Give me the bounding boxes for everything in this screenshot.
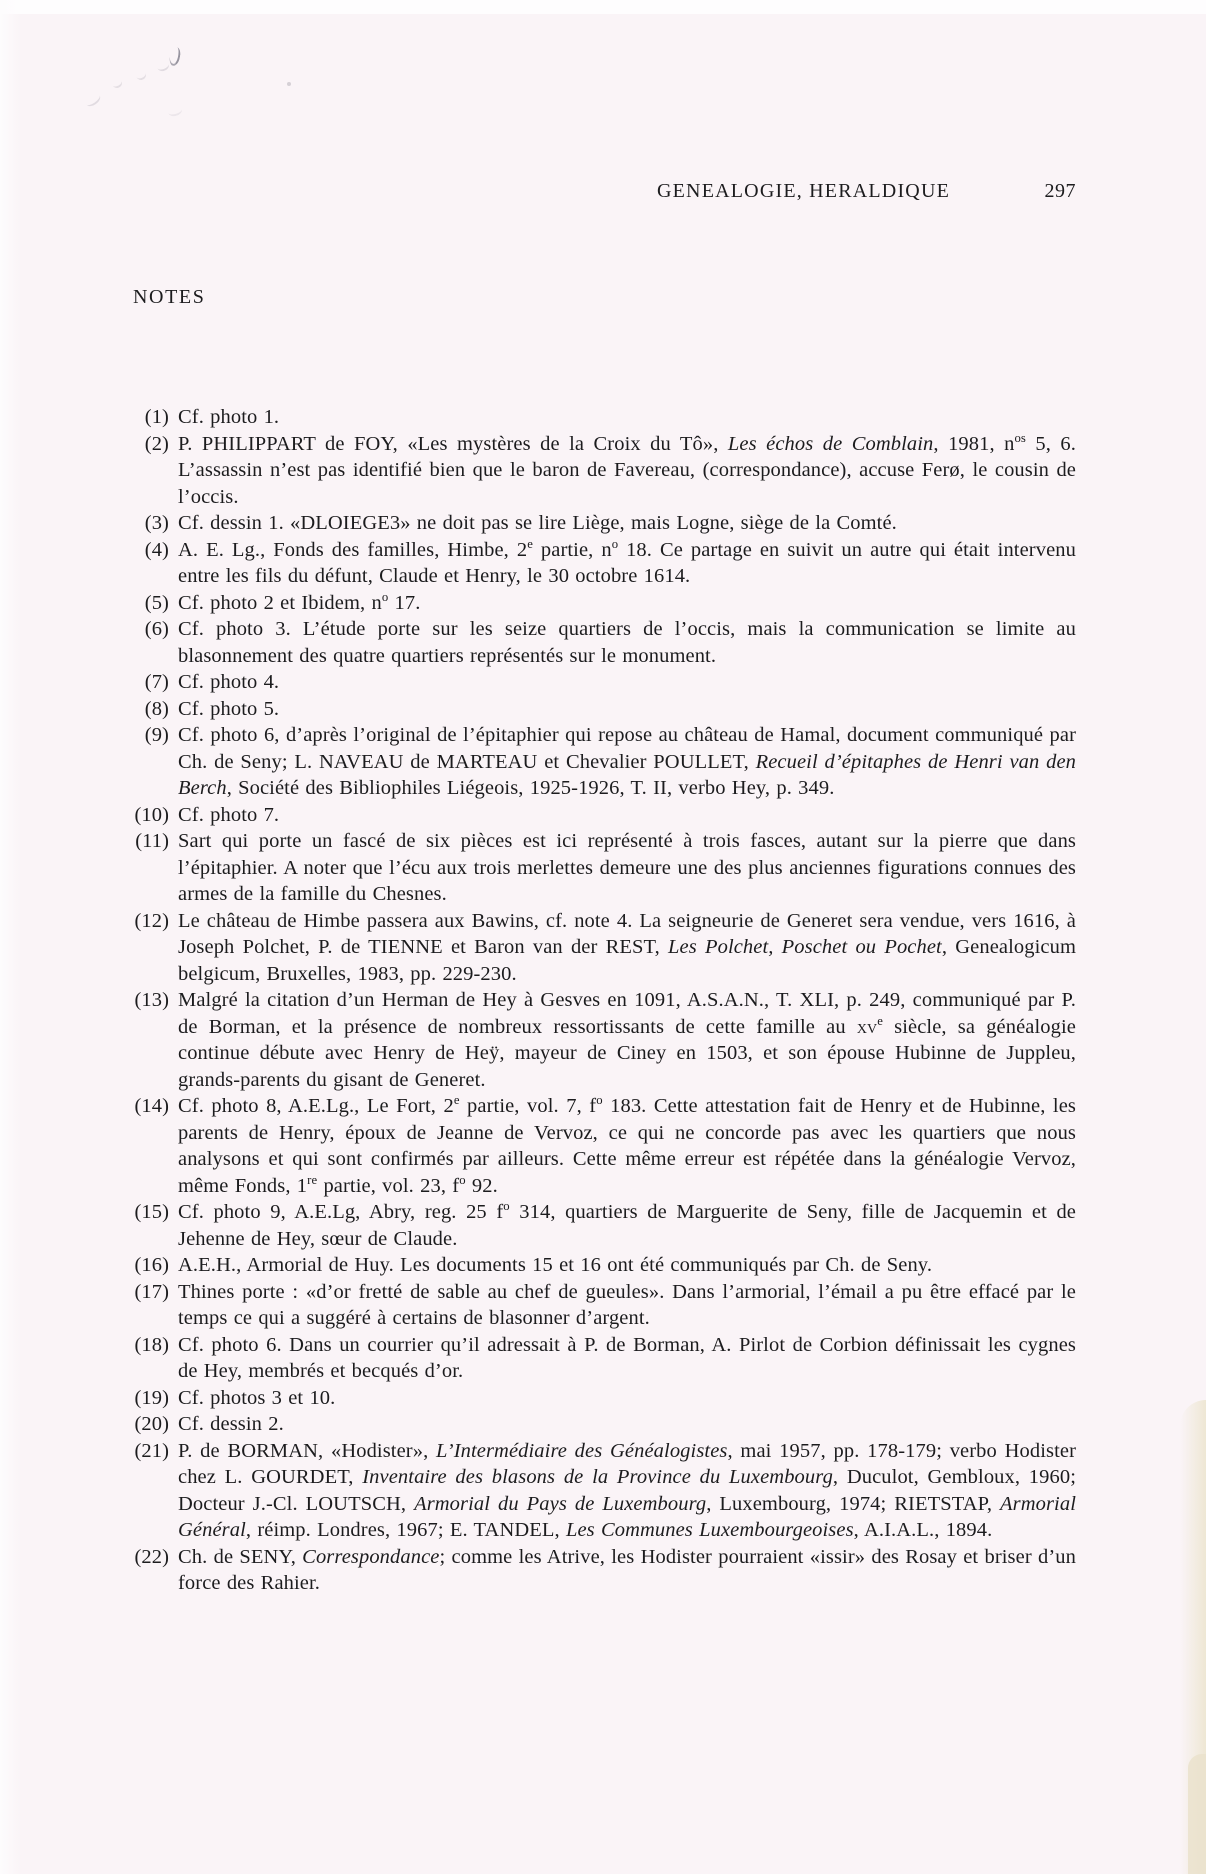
pencil-mark: [134, 68, 147, 81]
note-item: (7)Cf. photo 4.: [132, 669, 1076, 696]
notes-heading: NOTES: [133, 286, 205, 309]
note-text: Cf. photos 3 et 10.: [178, 1385, 1076, 1412]
note-text: A.E.H., Armorial de Huy. Les documents 1…: [178, 1252, 1076, 1279]
note-text: Cf. photo 3. L’étude porte sur les seize…: [178, 616, 1076, 669]
note-number: (6): [132, 616, 178, 669]
note-text: P. PHILIPPART de FOY, «Les mystères de l…: [178, 431, 1076, 511]
note-item: (16)A.E.H., Armorial de Huy. Les documen…: [132, 1252, 1076, 1279]
note-text: Cf. dessin 2.: [178, 1411, 1076, 1438]
page-number: 297: [1045, 180, 1077, 203]
note-number: (14): [132, 1093, 178, 1199]
note-number: (7): [132, 669, 178, 696]
pencil-mark: [84, 91, 103, 108]
note-text: Thines porte : «d’or fretté de sable au …: [178, 1279, 1076, 1332]
page-corner-bottom-right: [1188, 1754, 1206, 1874]
note-text: Sart qui porte un fascé de six pièces es…: [178, 828, 1076, 908]
pencil-mark: [168, 46, 182, 67]
note-item: (6)Cf. photo 3. L’étude porte sur les se…: [132, 616, 1076, 669]
note-text: Cf. photo 6, d’après l’original de l’épi…: [178, 722, 1076, 802]
note-number: (21): [132, 1438, 178, 1544]
note-text: Cf. photo 9, A.E.Lg, Abry, reg. 25 fo 31…: [178, 1199, 1076, 1252]
note-number: (12): [132, 908, 178, 988]
pencil-mark: [156, 59, 171, 73]
note-item: (11)Sart qui porte un fascé de six pièce…: [132, 828, 1076, 908]
page-edge-top: [0, 0, 1206, 14]
note-item: (5)Cf. photo 2 et Ibidem, no 17.: [132, 590, 1076, 617]
note-number: (18): [132, 1332, 178, 1385]
note-item: (22)Ch. de SENY, Correspondance; comme l…: [132, 1544, 1076, 1597]
note-item: (20)Cf. dessin 2.: [132, 1411, 1076, 1438]
note-text: P. de BORMAN, «Hodister», L’Intermédiair…: [178, 1438, 1076, 1544]
note-number: (22): [132, 1544, 178, 1597]
pencil-mark: [287, 82, 291, 86]
note-text: Ch. de SENY, Correspondance; comme les A…: [178, 1544, 1076, 1597]
running-title: GENEALOGIE, HERALDIQUE: [657, 180, 950, 203]
note-number: (2): [132, 431, 178, 511]
note-number: (1): [132, 404, 178, 431]
note-item: (13)Malgré la citation d’un Herman de He…: [132, 987, 1076, 1093]
notes-list: (1)Cf. photo 1.(2)P. PHILIPPART de FOY, …: [132, 404, 1076, 1597]
note-number: (11): [132, 828, 178, 908]
note-number: (9): [132, 722, 178, 802]
note-item: (19)Cf. photos 3 et 10.: [132, 1385, 1076, 1412]
note-item: (14)Cf. photo 8, A.E.Lg., Le Fort, 2e pa…: [132, 1093, 1076, 1199]
note-number: (5): [132, 590, 178, 617]
page-header: GENEALOGIE, HERALDIQUE 297: [657, 180, 1076, 203]
note-text: Cf. photo 5.: [178, 696, 1076, 723]
note-item: (10)Cf. photo 7.: [132, 802, 1076, 829]
note-number: (8): [132, 696, 178, 723]
note-item: (8)Cf. photo 5.: [132, 696, 1076, 723]
note-number: (19): [132, 1385, 178, 1412]
note-item: (3)Cf. dessin 1. «DLOIEGE3» ne doit pas …: [132, 510, 1076, 537]
pencil-mark: [110, 76, 124, 90]
note-number: (13): [132, 987, 178, 1093]
note-number: (17): [132, 1279, 178, 1332]
note-number: (15): [132, 1199, 178, 1252]
note-number: (20): [132, 1411, 178, 1438]
page-edge-left: [0, 0, 22, 1874]
note-text: Cf. photo 8, A.E.Lg., Le Fort, 2e partie…: [178, 1093, 1076, 1199]
note-text: Cf. photo 7.: [178, 802, 1076, 829]
note-item: (18)Cf. photo 6. Dans un courrier qu’il …: [132, 1332, 1076, 1385]
note-number: (3): [132, 510, 178, 537]
scanned-page: GENEALOGIE, HERALDIQUE 297 NOTES (1)Cf. …: [0, 0, 1206, 1874]
note-text: Cf. photo 1.: [178, 404, 1076, 431]
note-number: (4): [132, 537, 178, 590]
note-text: A. E. Lg., Fonds des familles, Himbe, 2e…: [178, 537, 1076, 590]
note-text: Le château de Himbe passera aux Bawins, …: [178, 908, 1076, 988]
note-text: Cf. photo 6. Dans un courrier qu’il adre…: [178, 1332, 1076, 1385]
note-number: (16): [132, 1252, 178, 1279]
note-item: (4)A. E. Lg., Fonds des familles, Himbe,…: [132, 537, 1076, 590]
note-text: Cf. photo 4.: [178, 669, 1076, 696]
note-item: (17)Thines porte : «d’or fretté de sable…: [132, 1279, 1076, 1332]
note-text: Cf. dessin 1. «DLOIEGE3» ne doit pas se …: [178, 510, 1076, 537]
note-text: Cf. photo 2 et Ibidem, no 17.: [178, 590, 1076, 617]
note-item: (15)Cf. photo 9, A.E.Lg, Abry, reg. 25 f…: [132, 1199, 1076, 1252]
note-item: (1)Cf. photo 1.: [132, 404, 1076, 431]
note-item: (21)P. de BORMAN, «Hodister», L’Interméd…: [132, 1438, 1076, 1544]
note-item: (2)P. PHILIPPART de FOY, «Les mystères d…: [132, 431, 1076, 511]
note-item: (12)Le château de Himbe passera aux Bawi…: [132, 908, 1076, 988]
pencil-mark: [167, 104, 183, 117]
note-number: (10): [132, 802, 178, 829]
note-item: (9)Cf. photo 6, d’après l’original de l’…: [132, 722, 1076, 802]
note-text: Malgré la citation d’un Herman de Hey à …: [178, 987, 1076, 1093]
